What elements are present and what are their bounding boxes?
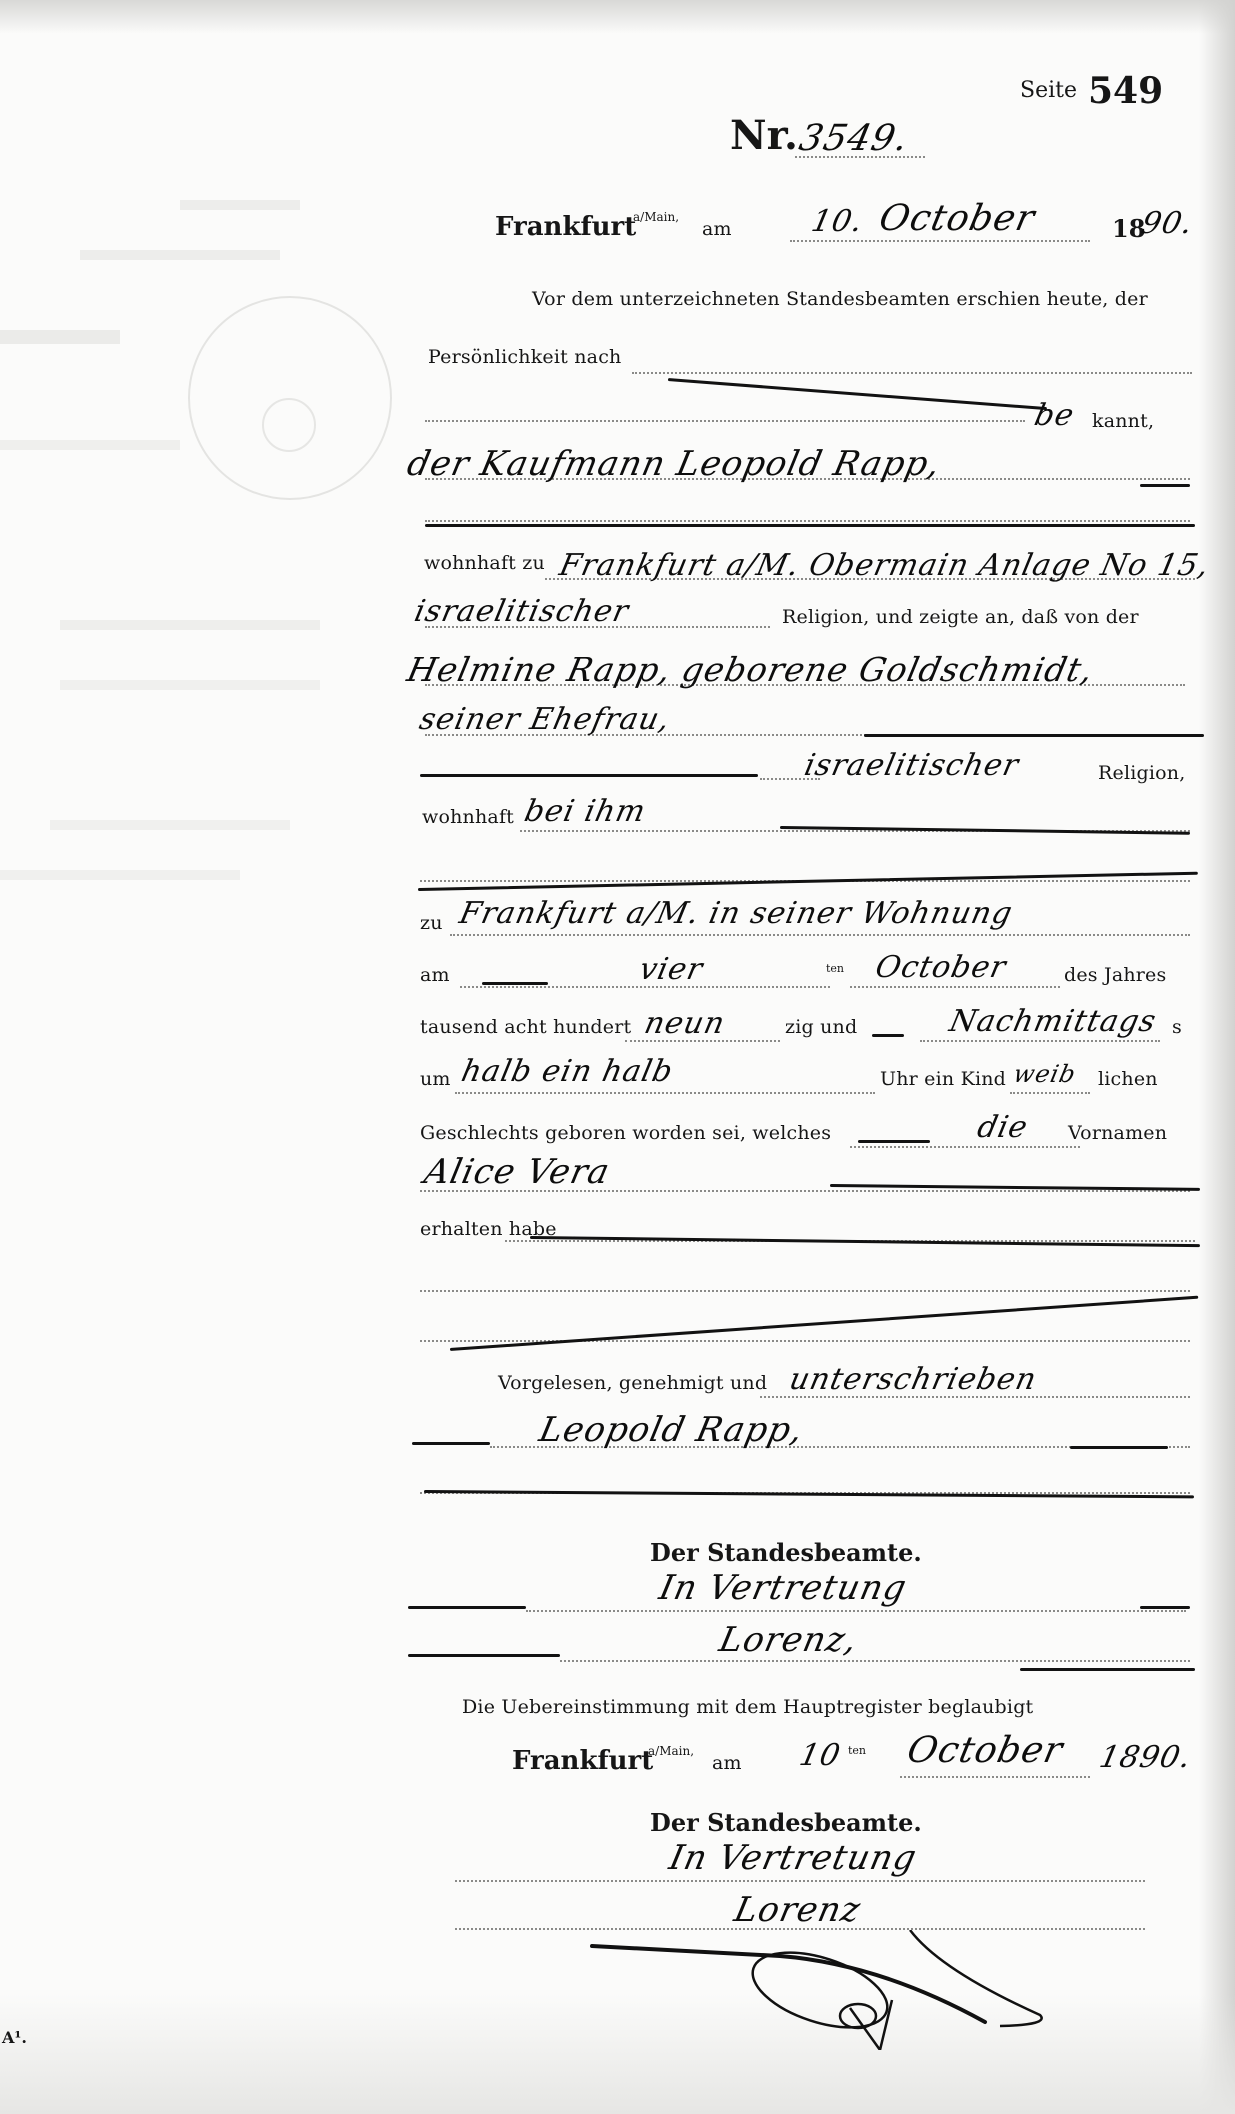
- fill-line: [850, 1146, 1080, 1148]
- registrar-name: Lorenz,: [716, 1620, 862, 1660]
- birth-place: Frankfurt a/M. in seiner Wohnung: [456, 896, 1016, 931]
- fill-line: [920, 1040, 1160, 1042]
- fill-line: [526, 1610, 1186, 1612]
- fill-line: [1010, 1092, 1090, 1094]
- clock-label: Uhr ein Kind: [880, 1068, 1006, 1090]
- fill-line: [560, 1660, 1190, 1662]
- certification-month: October: [904, 1730, 1067, 1771]
- zig-label: zig und: [785, 1016, 857, 1038]
- dateline-day: 10.: [808, 204, 866, 239]
- strike-line: [872, 1034, 904, 1037]
- faint-seal-stamp-center: [262, 398, 316, 452]
- gender-label: Geschlechts geboren worden sei, welches: [420, 1122, 831, 1144]
- bleed-through-text: [0, 330, 120, 344]
- strike-line: [668, 378, 1047, 410]
- fill-line: [850, 986, 1060, 988]
- identity-label: Persönlichkeit nach: [428, 346, 621, 368]
- mother-residence-label: wohnhaft: [422, 806, 514, 828]
- residence-label: wohnhaft zu: [424, 552, 545, 574]
- certification-city: Frankfurt: [512, 1746, 653, 1776]
- identity-suffix: kannt,: [1092, 410, 1154, 432]
- bleed-through-text: [60, 620, 320, 630]
- declarant-religion: israelitischer: [411, 594, 632, 629]
- given-names-prefix: die: [974, 1110, 1031, 1145]
- certification-text: Die Uebereinstimmung mit dem Hauptregist…: [462, 1696, 1033, 1718]
- strike-line: [450, 1296, 1198, 1351]
- declarant-residence: Frankfurt a/M. Obermain Anlage No 15,: [556, 548, 1212, 583]
- certification-year: 1890.: [1096, 1740, 1194, 1775]
- dateline-month: October: [876, 198, 1039, 239]
- read-approved-label: Vorgelesen, genehmigt und: [498, 1372, 767, 1394]
- registrar-title: Der Standesbeamte.: [650, 1538, 922, 1567]
- fill-line: [900, 1776, 1090, 1778]
- strike-line: [412, 1442, 490, 1445]
- sex-suffix: lichen: [1098, 1068, 1158, 1090]
- strike-line: [1020, 1668, 1195, 1671]
- strike-line: [482, 982, 548, 985]
- bleed-through-text: [80, 250, 280, 260]
- birth-decade: neun: [641, 1006, 728, 1041]
- birth-month: October: [872, 950, 1009, 985]
- bleed-through-text: [50, 820, 290, 830]
- bleed-through-text: [60, 680, 320, 690]
- declarant-signature: Leopold Rapp,: [536, 1410, 807, 1450]
- certification-am: am: [712, 1752, 742, 1774]
- fill-line: [790, 240, 1090, 242]
- dateline-city: Frankfurt: [495, 212, 636, 242]
- certification-day: 10: [796, 1738, 844, 1773]
- time-of-day: Nachmittags: [946, 1004, 1159, 1039]
- mother-religion: israelitischer: [801, 748, 1022, 783]
- mother-relation: seiner Ehefrau,: [416, 702, 673, 737]
- entry-number-label: Nr.: [730, 112, 798, 159]
- footer-mark: A¹.: [2, 2028, 27, 2047]
- strike-line: [408, 1654, 560, 1657]
- strike-line: [1140, 484, 1190, 487]
- dateline-year-suffix: 90.: [1138, 206, 1196, 241]
- fill-line: [455, 1092, 875, 1094]
- dateline-city-suffix: a/Main,: [633, 210, 679, 224]
- fill-line: [632, 372, 1192, 374]
- religion-announce-text: Religion, und zeigte an, daß von der: [782, 606, 1139, 628]
- strike-line: [864, 734, 1204, 737]
- given-names: Alice Vera: [421, 1152, 614, 1192]
- page-edge-shadow: [0, 0, 1235, 34]
- bleed-through-text: [180, 200, 300, 210]
- mother-name: Helmine Rapp, geborene Goldschmidt,: [404, 650, 1097, 689]
- strike-line: [425, 524, 1195, 527]
- signature-flourish: [580, 1930, 1080, 2050]
- certification-city-suffix: a/Main,: [648, 1744, 694, 1758]
- intro-text: Vor dem unterzeichneten Standesbeamten e…: [532, 288, 1148, 310]
- strike-line: [1070, 1446, 1168, 1449]
- time-of-day-suffix: s: [1172, 1016, 1182, 1038]
- fill-line: [450, 934, 1190, 936]
- ten-suffix: ten: [826, 962, 844, 975]
- fill-line: [425, 520, 1190, 522]
- strike-line: [858, 1140, 930, 1143]
- child-sex: weib: [1011, 1060, 1079, 1088]
- certification-registrar-name: Lorenz: [731, 1890, 865, 1930]
- identity-prefix: be: [1031, 398, 1077, 433]
- entry-number: 3549.: [796, 118, 913, 159]
- fill-line: [455, 1880, 1145, 1882]
- birth-day: vier: [636, 952, 706, 987]
- strike-line: [420, 774, 758, 777]
- signed-text: unterschrieben: [786, 1362, 1040, 1397]
- birth-time: halb ein halb: [458, 1054, 676, 1089]
- page-edge-shadow: [1199, 0, 1235, 2114]
- registrar-deputy: In Vertretung: [656, 1568, 911, 1608]
- thousand-label: tausend acht hundert: [420, 1016, 631, 1038]
- certification-registrar-title: Der Standesbeamte.: [650, 1808, 922, 1837]
- page-number-label: Seite: [1020, 78, 1077, 103]
- bleed-through-text: [0, 440, 180, 450]
- religion-label: Religion,: [1098, 762, 1185, 784]
- certification-ten-suffix: ten: [848, 1744, 866, 1757]
- year-label: des Jahres: [1064, 964, 1166, 986]
- strike-line: [1140, 1606, 1190, 1609]
- time-label: um: [420, 1068, 451, 1090]
- strike-line: [408, 1606, 526, 1609]
- fill-line: [420, 1290, 1190, 1292]
- birth-place-label: zu: [420, 912, 443, 934]
- birth-day-label: am: [420, 964, 450, 986]
- dateline-am: am: [702, 218, 732, 240]
- mother-residence: bei ihm: [521, 794, 649, 829]
- fill-line: [425, 420, 1025, 422]
- declarant-name: der Kaufmann Leopold Rapp,: [404, 444, 945, 484]
- page-number: 549: [1088, 70, 1163, 112]
- bleed-through-text: [0, 870, 240, 880]
- certification-registrar-deputy: In Vertretung: [666, 1838, 921, 1878]
- given-names-label: Vornamen: [1068, 1122, 1167, 1144]
